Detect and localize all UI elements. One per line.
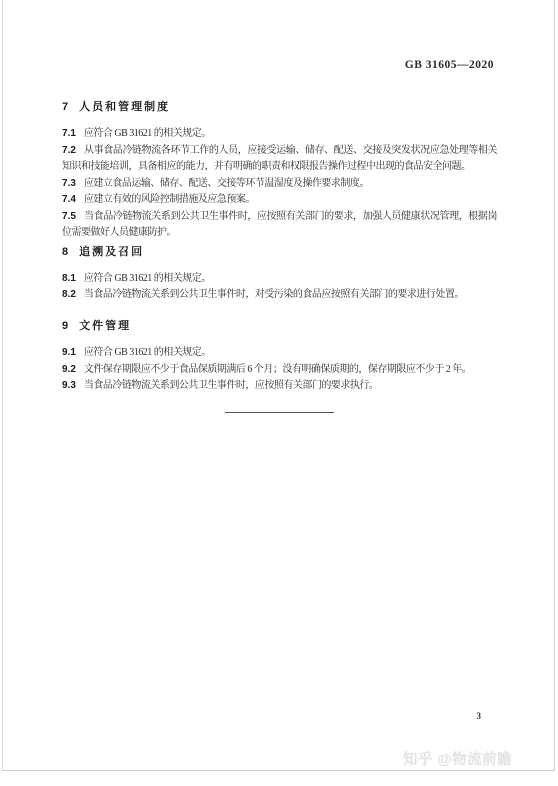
- clause-number: 9.2: [62, 364, 76, 375]
- clause-7-1: 7.1应符合 GB 31621 的相关规定。: [62, 126, 497, 143]
- clause-9-2: 9.2文件保存期限应不少于食品保质期满后 6 个月；没有明确保质期的，保存期限应…: [62, 362, 497, 379]
- section-title: 追溯及召回: [79, 246, 144, 258]
- clause-number: 8.2: [62, 289, 76, 300]
- clause-text: 从事食品冷链物流各环节工作的人员，应接受运输、储存、配送、交接及突发状况应急处理…: [84, 145, 497, 156]
- section-title: 文件管理: [79, 320, 131, 332]
- clause-number: 7.3: [62, 178, 76, 189]
- section-number: 7: [62, 101, 68, 113]
- clause-text: 应符合 GB 31621 的相关规定。: [84, 273, 211, 284]
- clause-7-4: 7.4应建立有效的风险控制措施及应急预案。: [62, 192, 497, 209]
- clause-text: 当食品冷链物流关系到公共卫生事件时，对受污染的食品应按照有关部门的要求进行处置。: [84, 289, 464, 300]
- standard-code: GB 31605—2020: [62, 58, 497, 72]
- document-page: { "page": { "doc_code": "GB 31605—2020",…: [0, 0, 558, 786]
- clause-text: 当食品冷链物流关系到公共卫生事件时，应按照有关部门的要求，加强人员健康状况管理，…: [84, 211, 497, 222]
- clause-number: 7.4: [62, 194, 76, 205]
- clause-text: 应符合 GB 31621 的相关规定。: [84, 347, 211, 358]
- clause-number: 9.1: [62, 347, 76, 358]
- section-title: 人员和管理制度: [79, 101, 170, 113]
- section-number: 8: [62, 246, 68, 258]
- clause-number: 8.1: [62, 273, 76, 284]
- clause-text: 当食品冷链物流关系到公共卫生事件时，应按照有关部门的要求执行。: [84, 380, 379, 391]
- clause-7-3: 7.3应建立食品运输、储存、配送、交接等环节温湿度及操作要求制度。: [62, 176, 497, 193]
- clause-7-2: 7.2从事食品冷链物流各环节工作的人员，应接受运输、储存、配送、交接及突发状况应…: [62, 143, 497, 176]
- clause-text: 位需要做好人员健康防护。: [62, 225, 497, 242]
- zhihu-watermark: 知乎 @物流前瞻: [403, 748, 512, 769]
- clause-text: 应建立有效的风险控制措施及应急预案。: [84, 194, 255, 205]
- clause-8-2: 8.2当食品冷链物流关系到公共卫生事件时，对受污染的食品应按照有关部门的要求进行…: [62, 287, 497, 304]
- clause-number: 7.5: [62, 211, 76, 222]
- clause-7-5: 7.5当食品冷链物流关系到公共卫生事件时，应按照有关部门的要求，加强人员健康状况…: [62, 209, 497, 242]
- end-of-document-line: [225, 412, 334, 414]
- clause-text: 应建立食品运输、储存、配送、交接等环节温湿度及操作要求制度。: [84, 178, 369, 189]
- page-content: GB 31605—2020 7人员和管理制度 7.1应符合 GB 31621 的…: [62, 0, 497, 413]
- clause-text: 知识和技能培训，具备相应的能力，并有明确的职责和权限报告操作过程中出现的食品安全…: [62, 159, 497, 176]
- section-number: 9: [62, 320, 68, 332]
- clause-text: 应符合 GB 31621 的相关规定。: [84, 128, 211, 139]
- clause-text: 文件保存期限应不少于食品保质期满后 6 个月；没有明确保质期的，保存期限应不少于…: [84, 364, 472, 375]
- clause-number: 7.2: [62, 145, 76, 156]
- clause-number: 7.1: [62, 128, 76, 139]
- clause-number: 9.3: [62, 380, 76, 391]
- clause-9-3: 9.3当食品冷链物流关系到公共卫生事件时，应按照有关部门的要求执行。: [62, 378, 497, 395]
- clause-9-1: 9.1应符合 GB 31621 的相关规定。: [62, 345, 497, 362]
- section-heading-8: 8追溯及召回: [62, 245, 497, 260]
- section-heading-9: 9文件管理: [62, 319, 497, 334]
- section-heading-7: 7人员和管理制度: [62, 100, 497, 115]
- page-number: 3: [477, 711, 482, 721]
- clause-8-1: 8.1应符合 GB 31621 的相关规定。: [62, 271, 497, 288]
